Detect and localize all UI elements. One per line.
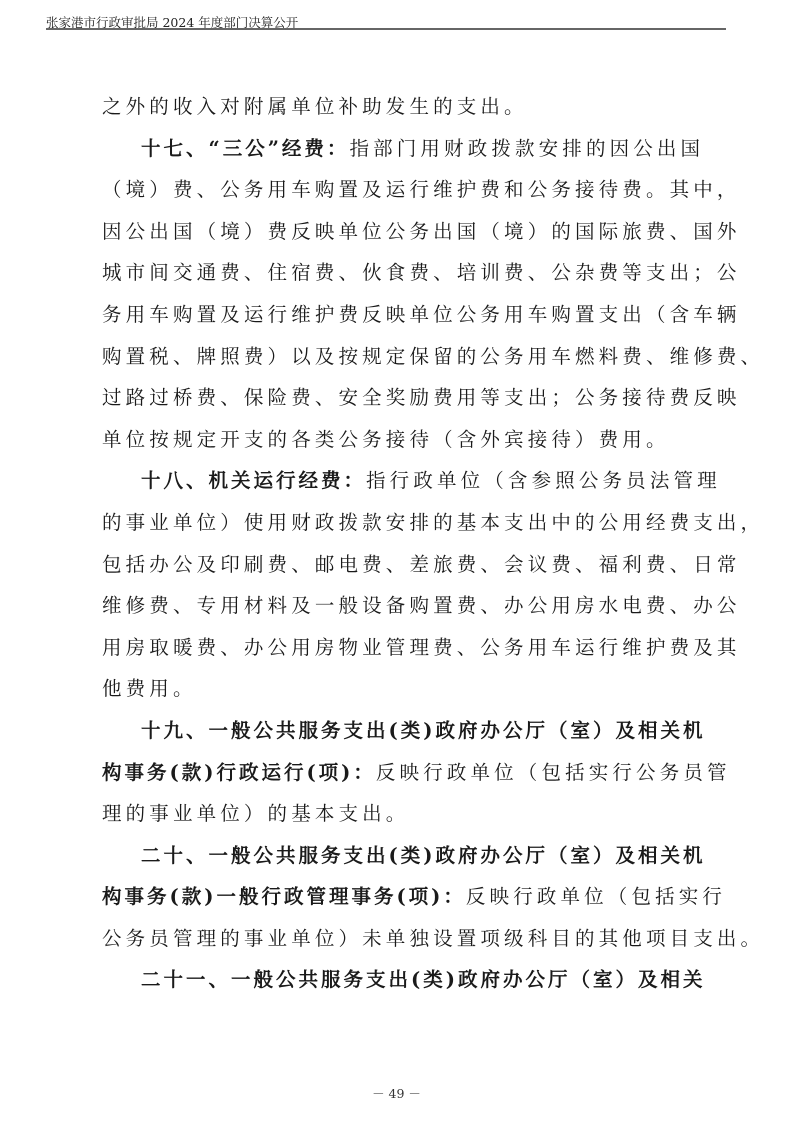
line-text: 过路过桥费、保险费、安全奖励费用等支出；公务接待费反映 — [102, 386, 741, 409]
paragraph-line: 构事务(款)行政运行(项)：反映行政单位（包括实行公务员管 — [102, 752, 702, 794]
line-text: 包括办公及印刷费、邮电费、差旅费、会议费、福利费、日常 — [102, 553, 741, 576]
paragraph-line: 过路过桥费、保险费、安全奖励费用等支出；公务接待费反映 — [102, 377, 702, 419]
header-divider — [46, 28, 726, 30]
paragraph-line: 购置税、牌照费）以及按规定保留的公务用车燃料费、维修费、 — [102, 336, 702, 378]
paragraph-line: 的事业单位）使用财政拨款安排的基本支出中的公用经费支出， — [102, 502, 702, 544]
term-heading: 构事务(款)行政运行(项)： — [102, 761, 376, 784]
term-heading: 构事务(款)一般行政管理事务(项)： — [102, 885, 466, 908]
document-body: 之外的收入对附属单位补助发生的支出。 十七、“三公”经费：指部门用财政拨款安排的… — [102, 86, 702, 1001]
paragraph-line: 因公出国（境）费反映单位公务出国（境）的国际旅费、国外 — [102, 211, 702, 253]
line-text: 指行政单位（含参照公务员法管理 — [366, 469, 721, 492]
line-text: 理的事业单位）的基本支出。 — [102, 802, 409, 825]
line-text: （境）费、公务用车购置及运行维护费和公务接待费。其中， — [102, 178, 741, 201]
line-text: 指部门用财政拨款安排的因公出国 — [349, 137, 704, 160]
paragraph-line: 单位按规定开支的各类公务接待（含外宾接待）费用。 — [102, 419, 702, 461]
paragraph-line: 包括办公及印刷费、邮电费、差旅费、会议费、福利费、日常 — [102, 544, 702, 586]
term-heading: 二十、一般公共服务支出(类)政府办公厅（室）及相关机 — [141, 844, 705, 867]
paragraph-line: 十七、“三公”经费：指部门用财政拨款安排的因公出国 — [102, 128, 702, 170]
paragraph-line: 城市间交通费、住宿费、伙食费、培训费、公杂费等支出；公 — [102, 252, 702, 294]
paragraph-line: 理的事业单位）的基本支出。 — [102, 793, 702, 835]
line-text: 因公出国（境）费反映单位公务出国（境）的国际旅费、国外 — [102, 220, 741, 243]
line-text: 单位按规定开支的各类公务接待（含外宾接待）费用。 — [102, 428, 670, 451]
paragraph-line: 十九、一般公共服务支出(类)政府办公厅（室）及相关机 — [102, 710, 702, 752]
line-text: 用房取暖费、办公用房物业管理费、公务用车运行维护费及其 — [102, 636, 741, 659]
paragraph-line: （境）费、公务用车购置及运行维护费和公务接待费。其中， — [102, 169, 702, 211]
term-heading: 十八、机关运行经费： — [141, 469, 366, 492]
paragraph-line: 二十、一般公共服务支出(类)政府办公厅（室）及相关机 — [102, 835, 702, 877]
paragraph-line: 二十一、一般公共服务支出(类)政府办公厅（室）及相关 — [102, 959, 702, 1001]
paragraph-line: 十八、机关运行经费：指行政单位（含参照公务员法管理 — [102, 460, 702, 502]
line-text: 购置税、牌照费）以及按规定保留的公务用车燃料费、维修费、 — [102, 345, 764, 368]
paragraph-line: 公务员管理的事业单位）未单独设置项级科目的其他项目支出。 — [102, 918, 702, 960]
paragraph-line: 用房取暖费、办公用房物业管理费、公务用车运行维护费及其 — [102, 627, 702, 669]
page-number: － 49 － — [0, 1084, 793, 1102]
paragraph-line: 他费用。 — [102, 668, 702, 710]
term-heading: 十七、“三公”经费： — [141, 137, 349, 160]
paragraph-line: 维修费、专用材料及一般设备购置费、办公用房水电费、办公 — [102, 585, 702, 627]
line-text: 维修费、专用材料及一般设备购置费、办公用房水电费、办公 — [102, 594, 741, 617]
term-heading: 十九、一般公共服务支出(类)政府办公厅（室）及相关机 — [141, 719, 705, 742]
line-text: 他费用。 — [102, 677, 197, 700]
paragraph-line: 务用车购置及运行维护费反映单位公务用车购置支出（含车辆 — [102, 294, 702, 336]
term-heading: 二十一、一般公共服务支出(类)政府办公厅（室）及相关 — [141, 968, 705, 991]
paragraph-line: 之外的收入对附属单位补助发生的支出。 — [102, 86, 702, 128]
line-text: 的事业单位）使用财政拨款安排的基本支出中的公用经费支出， — [102, 511, 764, 534]
line-text: 务用车购置及运行维护费反映单位公务用车购置支出（含车辆 — [102, 303, 741, 326]
paragraph-line: 构事务(款)一般行政管理事务(项)：反映行政单位（包括实行 — [102, 876, 702, 918]
line-text: 之外的收入对附属单位补助发生的支出。 — [102, 95, 528, 118]
line-text: 城市间交通费、住宿费、伙食费、培训费、公杂费等支出；公 — [102, 261, 741, 284]
line-text: 反映行政单位（包括实行 — [466, 885, 726, 908]
line-text: 反映行政单位（包括实行公务员管 — [376, 761, 731, 784]
line-text: 公务员管理的事业单位）未单独设置项级科目的其他项目支出。 — [102, 927, 764, 950]
